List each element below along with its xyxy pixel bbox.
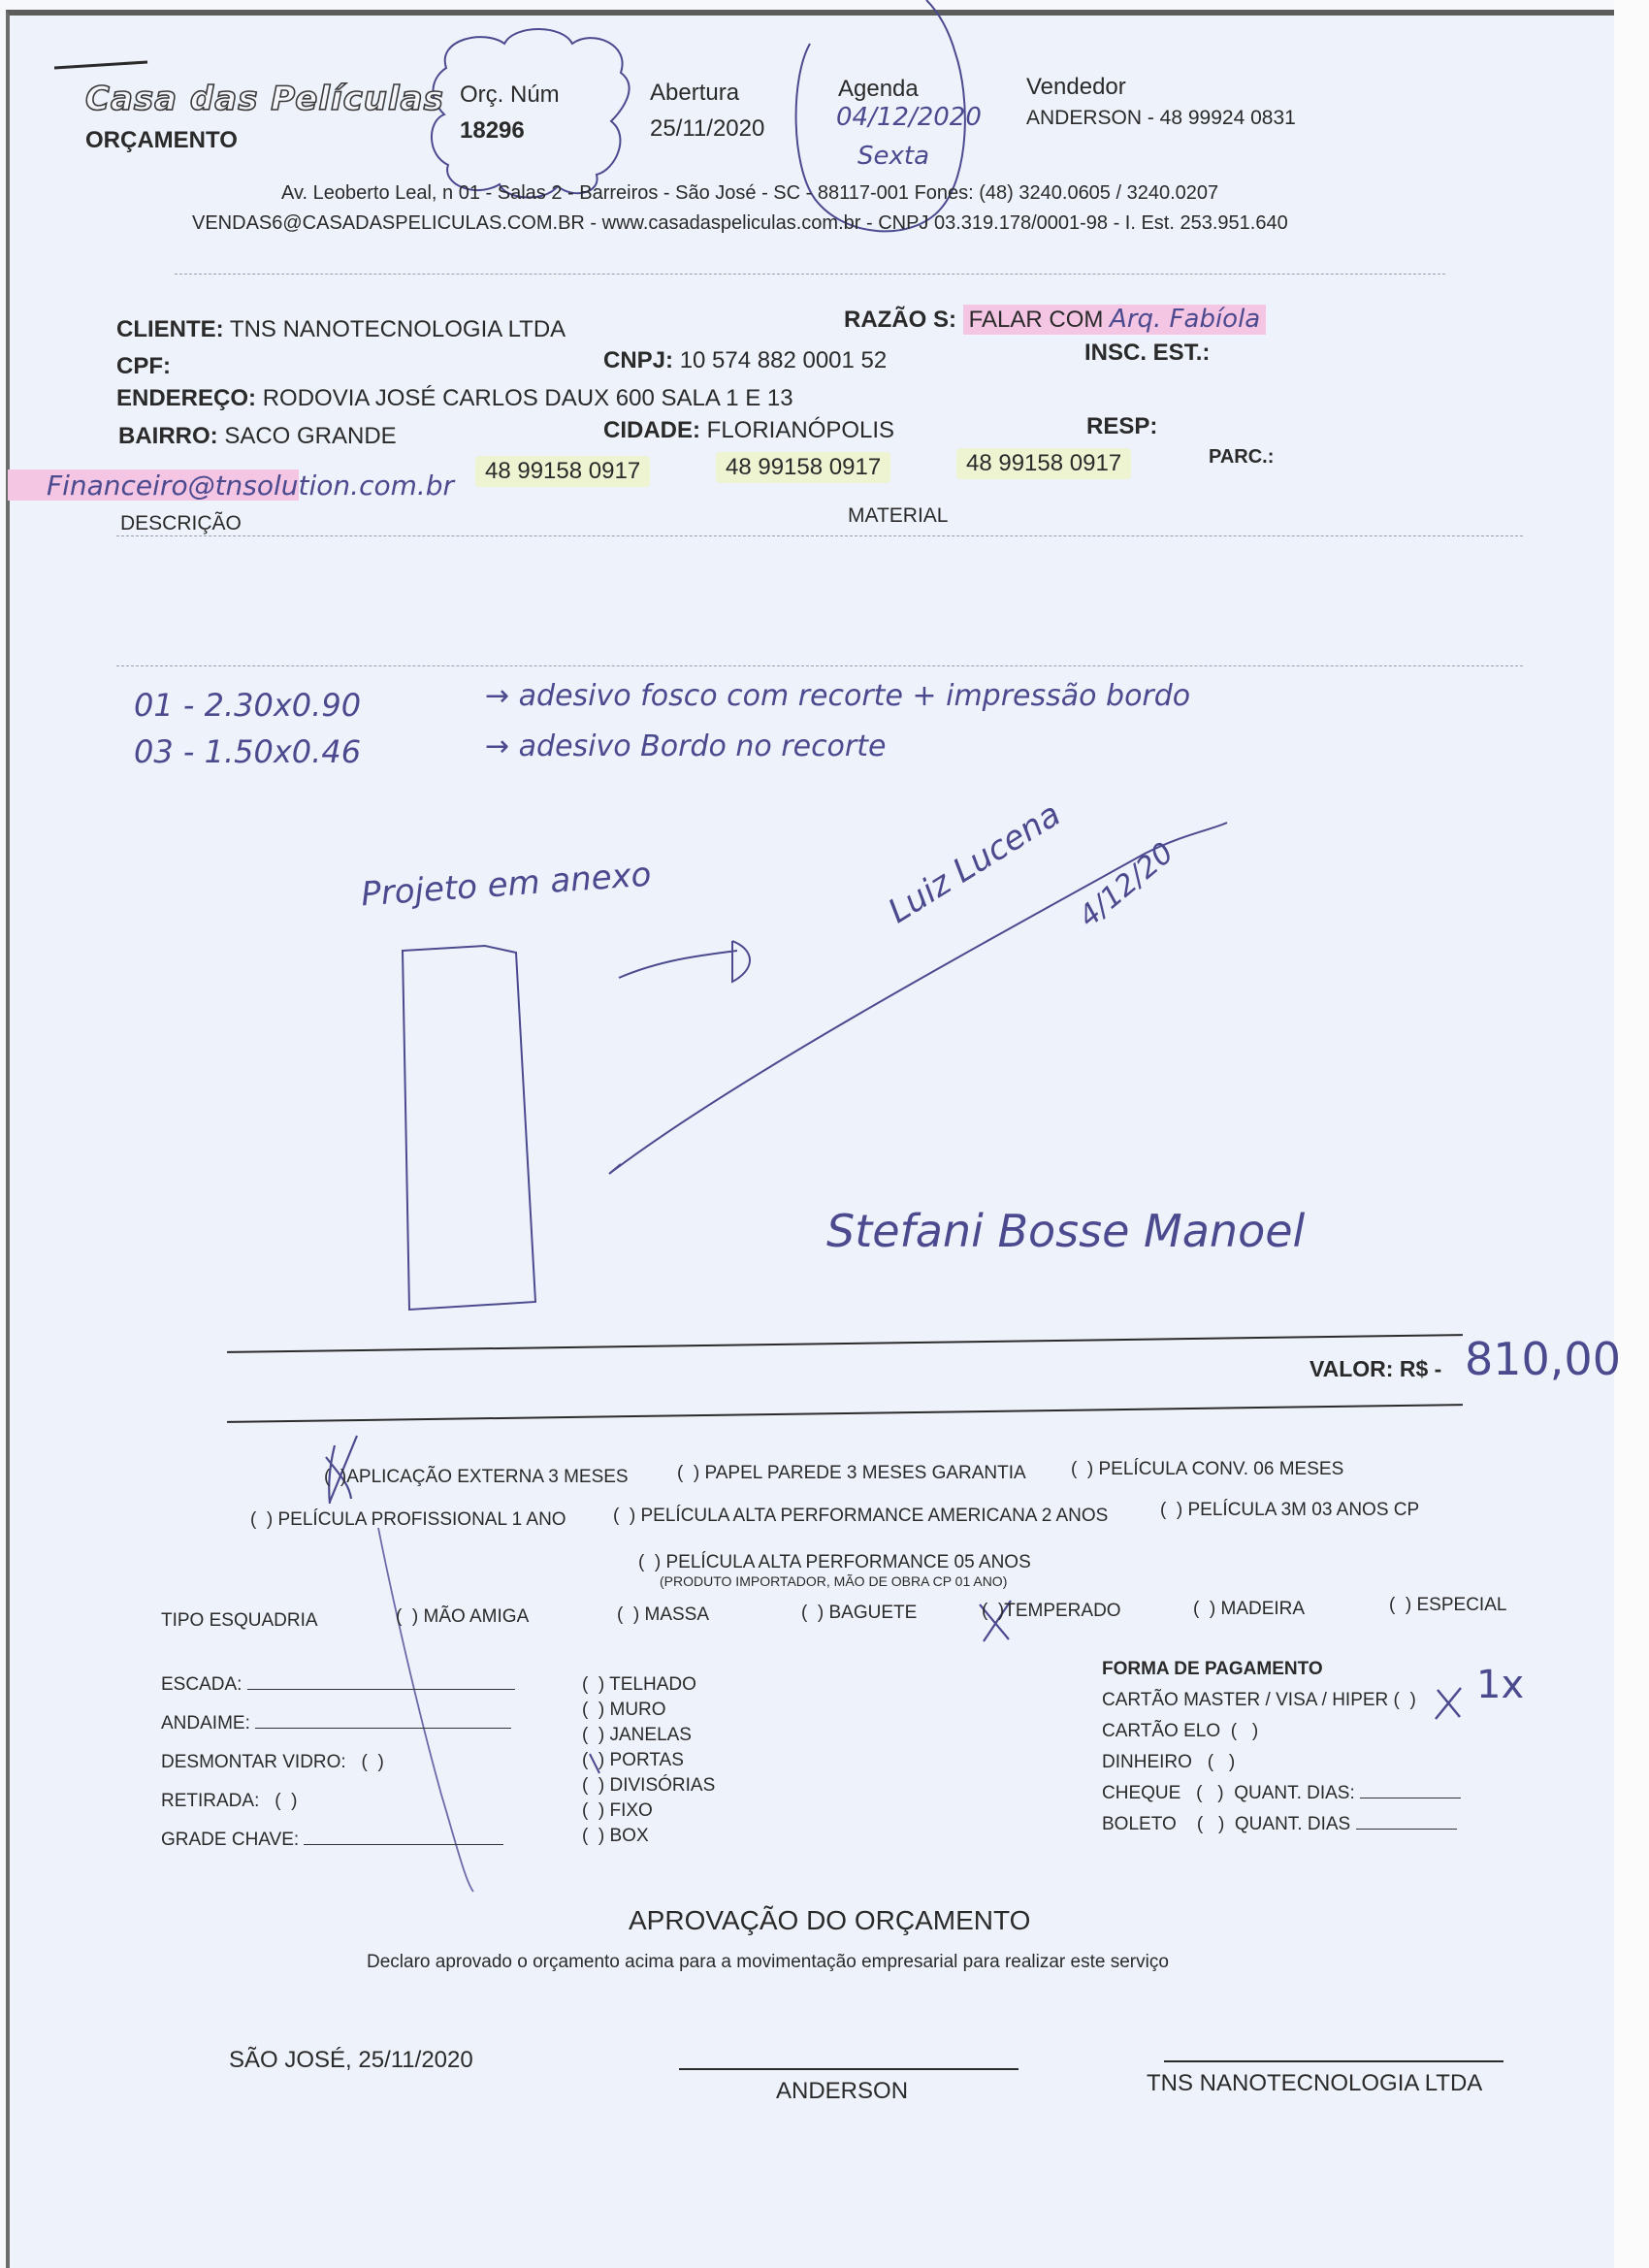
- service-alta-performance-americana[interactable]: ( ) PELÍCULA ALTA PERFORMANCE AMERICANA …: [613, 1506, 1108, 1527]
- esquadria-mao-amiga[interactable]: ( ) MÃO AMIGA: [396, 1606, 529, 1628]
- item-2-desc: → adesivo Bordo no recorte: [485, 729, 886, 763]
- escada-field[interactable]: ESCADA:: [161, 1674, 515, 1696]
- razao-handwritten: Arq. Fabíola: [1110, 305, 1260, 334]
- local-janelas[interactable]: ( ) JANELAS: [582, 1725, 692, 1746]
- local-portas[interactable]: ( ) PORTAS: [582, 1750, 684, 1771]
- descricao-header: DESCRIÇÃO: [120, 512, 242, 535]
- cliente-label: CLIENTE:: [116, 316, 224, 342]
- cliente-row: CLIENTE: TNS NANOTECNOLOGIA LTDA: [116, 316, 566, 343]
- razao-label: RAZÃO S:: [844, 307, 956, 333]
- checkbox-mark: [336, 1467, 340, 1487]
- approval-statement: Declaro aprovado o orçamento acima para …: [367, 1952, 1169, 1973]
- resp-label: RESP:: [1086, 413, 1157, 439]
- cnpj-value: 10 574 882 0001 52: [680, 347, 888, 373]
- cidade-row: CIDADE: FLORIANÓPOLIS: [603, 417, 894, 444]
- payment-boleto[interactable]: BOLETO ( ) QUANT. DIAS: [1102, 1814, 1457, 1835]
- cpf-label: CPF:: [116, 353, 171, 379]
- orc-num: 18296: [460, 117, 525, 145]
- seller-signature-line: [679, 2068, 1018, 2070]
- razao-row: RAZÃO S: FALAR COM Arq. Fabíola: [844, 305, 1266, 334]
- esquadria-especial[interactable]: ( ) ESPECIAL: [1389, 1595, 1506, 1616]
- item-1-desc: → adesivo fosco com recorte + impressão …: [485, 679, 1190, 713]
- payment-cheque[interactable]: CHEQUE ( ) QUANT. DIAS:: [1102, 1783, 1461, 1804]
- approval-title: APROVAÇÃO DO ORÇAMENTO: [629, 1905, 1030, 1936]
- divider: [116, 535, 1523, 536]
- item-1-size: 01 - 2.30x0.90: [134, 687, 361, 724]
- cidade-label: CIDADE:: [603, 417, 700, 443]
- endereco-row: ENDEREÇO: RODOVIA JOSÉ CARLOS DAUX 600 S…: [116, 385, 793, 412]
- insc-row: INSC. EST.:: [1084, 340, 1210, 367]
- material-header: MATERIAL: [848, 504, 948, 528]
- andaime-field[interactable]: ANDAIME:: [161, 1713, 511, 1734]
- local-muro[interactable]: ( ) MURO: [582, 1700, 666, 1721]
- service-aplicacao-externa[interactable]: ( )APLICAÇÃO EXTERNA 3 MESES: [324, 1467, 629, 1488]
- local-divisorias[interactable]: ( ) DIVISÓRIAS: [582, 1775, 715, 1797]
- approval-place-date: SÃO JOSÉ, 25/11/2020: [229, 2047, 473, 2074]
- phone-1: 48 99158 0917: [475, 456, 650, 487]
- agenda-date: 04/12/2020: [836, 103, 982, 132]
- client-signature-name: TNS NANOTECNOLOGIA LTDA: [1147, 2070, 1482, 2097]
- seller-signature-name: ANDERSON: [776, 2078, 908, 2105]
- vendedor: ANDERSON - 48 99924 0831: [1026, 107, 1296, 130]
- client-signature-line: [1164, 2060, 1503, 2062]
- total-label: VALOR: R$ -: [1309, 1356, 1441, 1382]
- cliente-value: TNS NANOTECNOLOGIA LTDA: [230, 316, 566, 342]
- razao-value: FALAR COM Arq. Fabíola: [963, 305, 1267, 335]
- divider: [116, 665, 1523, 666]
- grade-chave-field[interactable]: GRADE CHAVE:: [161, 1830, 503, 1851]
- client-email: Financeiro@tnsolution.com.br: [47, 470, 454, 502]
- service-pelicula-conv[interactable]: ( ) PELÍCULA CONV. 06 MESES: [1071, 1459, 1343, 1480]
- payment-installments: 1x: [1476, 1663, 1524, 1707]
- abertura-label: Abertura: [650, 80, 739, 107]
- service-alta-performance-note: (PRODUTO IMPORTADOR, MÃO DE OBRA CP 01 A…: [660, 1573, 1007, 1589]
- company-logo: Casa das Películas: [85, 80, 444, 118]
- bairro-value: SACO GRANDE: [224, 423, 396, 449]
- esquadria-madeira[interactable]: ( ) MADEIRA: [1193, 1599, 1305, 1620]
- service-alta-performance-05[interactable]: ( ) PELÍCULA ALTA PERFORMANCE 05 ANOS: [638, 1552, 1031, 1573]
- cidade-value: FLORIANÓPOLIS: [707, 417, 894, 443]
- local-telhado[interactable]: ( ) TELHADO: [582, 1674, 696, 1696]
- company-contact: VENDAS6@CASADASPELICULAS.COM.BR - www.ca…: [192, 212, 1288, 235]
- document-type: ORÇAMENTO: [85, 127, 238, 154]
- service-pelicula-3m[interactable]: ( ) PELÍCULA 3M 03 ANOS CP: [1160, 1500, 1419, 1521]
- agenda-label: Agenda: [838, 76, 919, 103]
- payment-dinheiro[interactable]: DINHEIRO ( ): [1102, 1752, 1235, 1773]
- endereco-label: ENDEREÇO:: [116, 385, 256, 411]
- signature-stefani: Stefani Bosse Manoel: [826, 1205, 1305, 1257]
- service-papel-parede[interactable]: ( ) PAPEL PAREDE 3 MESES GARANTIA: [677, 1463, 1026, 1484]
- cnpj-row: CNPJ: 10 574 882 0001 52: [603, 347, 887, 374]
- cpf-row: CPF:: [116, 353, 171, 380]
- bairro-label: BAIRRO:: [118, 423, 218, 449]
- bairro-row: BAIRRO: SACO GRANDE: [118, 423, 397, 450]
- payment-master[interactable]: CARTÃO MASTER / VISA / HIPER ( ): [1102, 1690, 1416, 1711]
- company-address: Av. Leoberto Leal, n 01 - Salas 2 - Barr…: [281, 182, 1218, 205]
- service-pelicula-profissional[interactable]: ( ) PELÍCULA PROFISSIONAL 1 ANO: [250, 1509, 566, 1531]
- parc-label: PARC.:: [1209, 446, 1274, 469]
- abertura-date: 25/11/2020: [650, 115, 764, 143]
- local-fixo[interactable]: ( ) FIXO: [582, 1800, 653, 1822]
- endereco-value: RODOVIA JOSÉ CARLOS DAUX 600 SALA 1 E 13: [263, 385, 793, 411]
- payment-title: FORMA DE PAGAMENTO: [1102, 1659, 1323, 1680]
- scanner-bed: [1614, 0, 1649, 2268]
- total-value: 810,00: [1465, 1333, 1621, 1385]
- esquadria-baguete[interactable]: ( ) BAGUETE: [801, 1603, 917, 1624]
- retirada[interactable]: RETIRADA: ( ): [161, 1791, 297, 1812]
- agenda-day: Sexta: [857, 142, 929, 171]
- item-2-size: 03 - 1.50x0.46: [134, 733, 361, 770]
- cnpj-label: CNPJ:: [603, 347, 673, 373]
- orc-num-label: Orç. Núm: [460, 81, 560, 109]
- desmontar-vidro[interactable]: DESMONTAR VIDRO: ( ): [161, 1752, 384, 1773]
- esquadria-temperado[interactable]: ( )TEMPERADO: [982, 1601, 1121, 1622]
- resp-row: RESP:: [1086, 413, 1157, 440]
- payment-elo[interactable]: CARTÃO ELO ( ): [1102, 1721, 1258, 1742]
- vendedor-label: Vendedor: [1026, 74, 1126, 101]
- esquadria-label: TIPO ESQUADRIA: [161, 1610, 318, 1632]
- insc-label: INSC. EST.:: [1084, 340, 1210, 366]
- divider: [175, 274, 1445, 275]
- esquadria-massa[interactable]: ( ) MASSA: [617, 1604, 709, 1626]
- local-box[interactable]: ( ) BOX: [582, 1826, 649, 1847]
- phone-3: 48 99158 0917: [956, 448, 1131, 479]
- phone-2: 48 99158 0917: [716, 452, 890, 483]
